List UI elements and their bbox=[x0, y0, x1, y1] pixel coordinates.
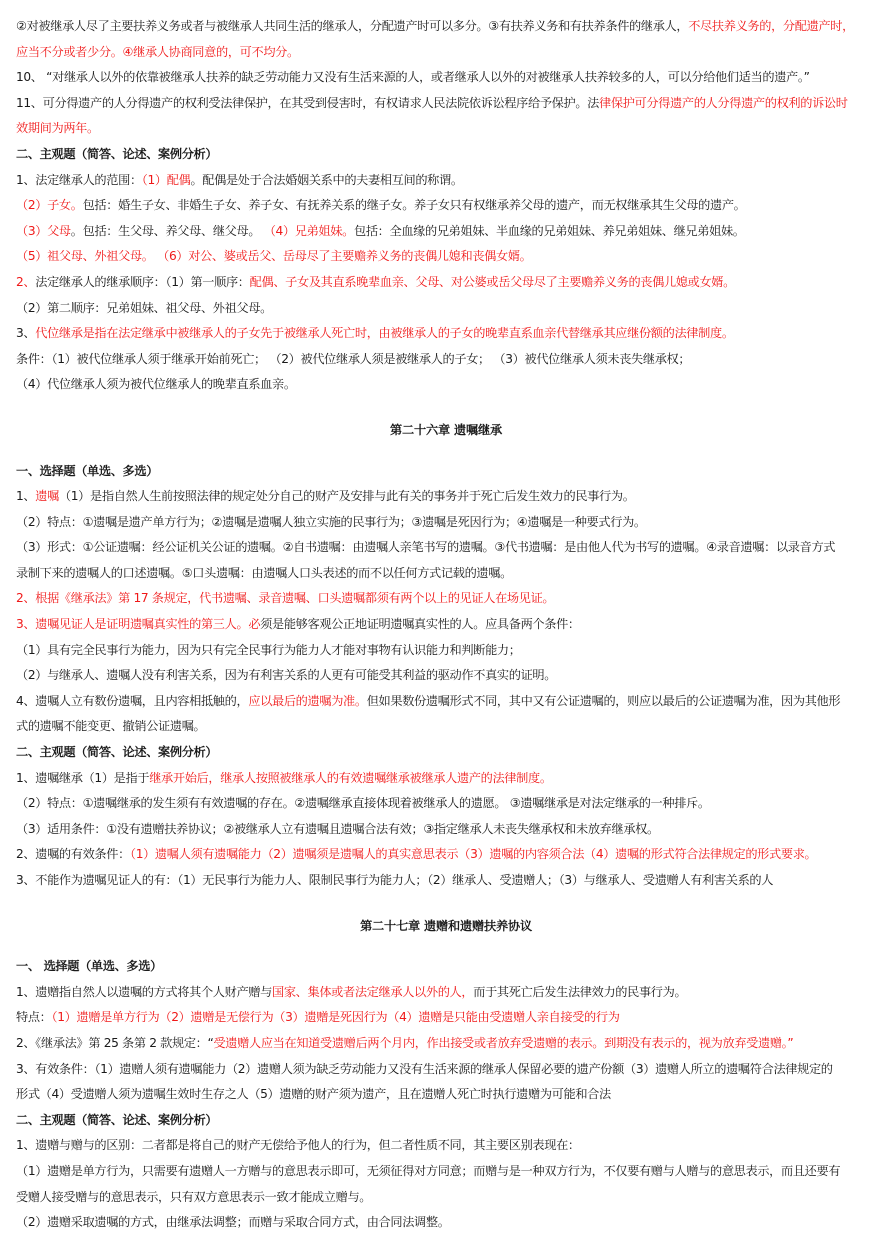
text-segment: （1）是指自然人生前按照法律的规定处分自己的财产及安排与此有关的事务并于死亡后发… bbox=[59, 489, 635, 503]
text-segment: 3、 bbox=[16, 326, 35, 340]
text-line: ②对被继承人尽了主要扶养义务或者与被继承人共同生活的继承人，分配遗产时可以多分。… bbox=[16, 14, 876, 40]
text-line: （2）与继承人、遗嘱人没有利害关系，因为有利害关系的人更有可能受其利益的驱动作不… bbox=[16, 663, 876, 689]
text-segment: （1）遗赠是单方行为，只需要有遗赠人一方赠与的意思表示即可，无须征得对方同意；而… bbox=[16, 1164, 840, 1178]
text-segment: 。配偶是处于合法婚姻关系中的夫妻相互间的称谓。 bbox=[190, 173, 462, 187]
text-segment: 条件：（1）被代位继承人须于继承开始前死亡； （2）被代位继承人须是被继承人的子… bbox=[16, 352, 690, 366]
section-heading: 一、选择题（单选、多选） bbox=[16, 459, 876, 485]
text-line: 效期间为两年。 bbox=[16, 116, 876, 142]
highlighted-text: 不尽扶养义务的，分配遗产时， bbox=[688, 19, 854, 33]
text-line: 4、遗嘱人立有数份遗嘱，且内容相抵触的，应以最后的遗嘱为准。但如果数份遗嘱形式不… bbox=[16, 689, 876, 715]
text-segment: 1、遗赠与赠与的区别：二者都是将自己的财产无偿给予他人的行为，但二者性质不同，其… bbox=[16, 1138, 580, 1152]
text-line: 受赠人接受赠与的意思表示，只有双方意思表示一致才能成立赠与。 bbox=[16, 1185, 876, 1211]
highlighted-text: （4）兄弟姐妹。 bbox=[264, 224, 354, 238]
chapter-title-27: 第二十七章 遗赠和遗赠扶养协议 bbox=[16, 914, 876, 940]
text-line: 1、遗赠指自然人以遗嘱的方式将其个人财产赠与国家、集体或者法定继承人以外的人，而… bbox=[16, 980, 876, 1006]
highlighted-text: （3）父母 bbox=[16, 224, 71, 238]
text-segment: 二、主观题（简答、论述、案例分析） bbox=[16, 745, 217, 759]
text-segment: （4）代位继承人须为被代位继承人的晚辈直系血亲。 bbox=[16, 377, 296, 391]
highlighted-text: 效期间为两年。 bbox=[16, 121, 99, 135]
text-line: （1）具有完全民事行为能力，因为只有完全民事行为能力人才能对事物有认识能力和判断… bbox=[16, 638, 876, 664]
text-segment: （1）具有完全民事行为能力，因为只有完全民事行为能力人才能对事物有认识能力和判断… bbox=[16, 643, 521, 657]
text-line: （4）代位继承人须为被代位继承人的晚辈直系血亲。 bbox=[16, 372, 876, 398]
highlighted-text: 2、根据《继承法》第 17 条规定，代书遗嘱、录音遗嘱、口头遗嘱都须有两个以上的… bbox=[16, 591, 554, 605]
text-line: （2）第二顺序：兄弟姐妹、祖父母、外祖父母。 bbox=[16, 296, 876, 322]
text-segment: 。包括：生父母、养父母、继父母。 bbox=[71, 224, 264, 238]
text-segment: 式的遗嘱不能变更、撤销公证遗嘱。 bbox=[16, 719, 205, 733]
text-segment: （2）与继承人、遗嘱人没有利害关系，因为有利害关系的人更有可能受其利益的驱动作不… bbox=[16, 668, 556, 682]
section-heading: 一、 选择题（单选、多选） bbox=[16, 954, 876, 980]
highlighted-text: 继承开始后，继承人按照被继承人的有效遗嘱继承被继承人遗产的法律制度。 bbox=[149, 771, 551, 785]
text-segment: 包括：婚生子女、非婚生子女、养子女、有抚养关系的继子女。养子女只有权继承养父母的… bbox=[83, 198, 746, 212]
text-line: 条件：（1）被代位继承人须于继承开始前死亡； （2）被代位继承人须是被继承人的子… bbox=[16, 347, 876, 373]
text-segment: （2）遗赠采取遗嘱的方式，由继承法调整；而赠与采取合同方式，由合同法调整。 bbox=[16, 1215, 450, 1229]
section-testamentary-succession: 一、选择题（单选、多选）1、遗嘱（1）是指自然人生前按照法律的规定处分自己的财产… bbox=[16, 459, 876, 894]
text-segment: 须是能够客观公正地证明遗嘱真实性的人。应具备两个条件： bbox=[260, 617, 580, 631]
text-line: 式的遗嘱不能变更、撤销公证遗嘱。 bbox=[16, 714, 876, 740]
highlighted-text: （2）子女。 bbox=[16, 198, 83, 212]
text-segment: 11、可分得遗产的人分得遗产的权利受法律保护，在其受到侵害时，有权请求人民法院依… bbox=[16, 96, 599, 110]
text-line: （3）父母。包括：生父母、养父母、继父母。 （4）兄弟姐妹。包括：全血缘的兄弟姐… bbox=[16, 219, 876, 245]
text-segment: 法定继承人的继承顺序：（1）第一顺序： bbox=[35, 275, 249, 289]
spacer bbox=[16, 894, 876, 914]
text-segment: 一、选择题（单选、多选） bbox=[16, 464, 158, 478]
text-segment: 二、主观题（简答、论述、案例分析） bbox=[16, 147, 217, 161]
text-segment: 而于其死亡后发生法律效力的民事行为。 bbox=[473, 985, 686, 999]
section-statutory-inheritance: ②对被继承人尽了主要扶养义务或者与被继承人共同生活的继承人，分配遗产时可以多分。… bbox=[16, 14, 876, 398]
text-segment: 3、不能作为遗嘱见证人的有：（1）无民事行为能力人、限制民事行为能力人；（2）继… bbox=[16, 873, 773, 887]
text-line: 2、《继承法》第 25 条第 2 款规定：“受遗赠人应当在知道受遗赠后两个月内，… bbox=[16, 1031, 876, 1057]
text-line: 3、代位继承是指在法定继承中被继承人的子女先于被继承人死亡时，由被继承人的子女的… bbox=[16, 321, 876, 347]
text-segment: 形式（4）受遗赠人须为遗嘱生效时生存之人（5）遗赠的财产须为遗产，且在遗赠人死亡… bbox=[16, 1087, 611, 1101]
text-segment: 2、遗嘱的有效条件： bbox=[16, 847, 130, 861]
highlighted-text: 代位继承是指在法定继承中被继承人的子女先于被继承人死亡时，由被继承人的子女的晚辈… bbox=[35, 326, 733, 340]
highlighted-text: （1）配偶 bbox=[142, 173, 191, 187]
text-line: 1、遗嘱继承（1）是指于继承开始后，继承人按照被继承人的有效遗嘱继承被继承人遗产… bbox=[16, 766, 876, 792]
text-segment: 1、 bbox=[16, 489, 35, 503]
text-line: 2、法定继承人的继承顺序：（1）第一顺序：配偶、子女及其直系晚辈血亲、父母、对公… bbox=[16, 270, 876, 296]
section-heading: 二、主观题（简答、论述、案例分析） bbox=[16, 740, 876, 766]
text-line: 1、法定继承人的范围：（1）配偶。配偶是处于合法婚姻关系中的夫妻相互间的称谓。 bbox=[16, 168, 876, 194]
text-line: （2）遗赠采取遗嘱的方式，由继承法调整；而赠与采取合同方式，由合同法调整。 bbox=[16, 1210, 876, 1236]
text-segment: 受赠人接受赠与的意思表示，只有双方意思表示一致才能成立赠与。 bbox=[16, 1190, 371, 1204]
highlighted-text: 受遗赠人应当在知道受遗赠后两个月内，作出接受或者放弃受遗赠的表示。到期没有表示的… bbox=[213, 1036, 793, 1050]
section-bequest: 一、 选择题（单选、多选）1、遗赠指自然人以遗嘱的方式将其个人财产赠与国家、集体… bbox=[16, 954, 876, 1236]
highlighted-text: 配偶、子女及其直系晚辈血亲、父母、对公婆或岳父母尽了主要赡养义务的丧偶儿媳或女婿… bbox=[250, 275, 735, 289]
text-segment: 2、《继承法》第 25 条第 2 款规定：“ bbox=[16, 1036, 213, 1050]
text-segment: （3）适用条件：①没有遗赠扶养协议；②被继承人立有遗嘱且遗嘱合法有效；③指定继承… bbox=[16, 822, 659, 836]
highlighted-text: （1）遗赠是单方行为（2）遗赠是无偿行为（3）遗赠是死因行为（4）遗赠是只能由受… bbox=[52, 1010, 620, 1024]
highlighted-text: 国家、集体或者法定继承人以外的人， bbox=[272, 985, 473, 999]
text-line: 3、遗嘱见证人是证明遗嘱真实性的第三人。必须是能够客观公正地证明遗嘱真实性的人。… bbox=[16, 612, 876, 638]
text-segment: （2）特点：①遗嘱是遗产单方行为；②遗嘱是遗嘱人独立实施的民事行为；③遗嘱是死因… bbox=[16, 515, 646, 529]
text-segment: ②对被继承人尽了主要扶养义务或者与被继承人共同生活的继承人，分配遗产时可以多分。… bbox=[16, 19, 688, 33]
text-line: 应当不分或者少分。④继承人协商同意的，可不均分。 bbox=[16, 40, 876, 66]
text-segment: 包括：全血缘的兄弟姐妹、半血缘的兄弟姐妹、养兄弟姐妹、继兄弟姐妹。 bbox=[354, 224, 745, 238]
highlighted-text: 遗嘱 bbox=[35, 489, 59, 503]
text-line: 2、根据《继承法》第 17 条规定，代书遗嘱、录音遗嘱、口头遗嘱都须有两个以上的… bbox=[16, 586, 876, 612]
text-segment: （3）形式：①公证遗嘱：经公证机关公证的遗嘱。②自书遗嘱：由遗嘱人亲笔书写的遗嘱… bbox=[16, 540, 835, 554]
text-segment: 10、 “对继承人以外的依靠被继承人扶养的缺乏劳动能力又没有生活来源的人，或者继… bbox=[16, 70, 810, 84]
text-line: 3、有效条件：（1）遗赠人须有遗嘱能力（2）遗赠人须为缺乏劳动能力又没有生活来源… bbox=[16, 1057, 876, 1083]
text-segment: 4、遗嘱人立有数份遗嘱，且内容相抵触的， bbox=[16, 694, 248, 708]
text-line: （2）特点：①遗嘱继承的发生须有有效遗嘱的存在。②遗嘱继承直接体现着被继承人的遗… bbox=[16, 791, 876, 817]
text-line: 特点：（1）遗赠是单方行为（2）遗赠是无偿行为（3）遗赠是死因行为（4）遗赠是只… bbox=[16, 1005, 876, 1031]
text-line: 形式（4）受遗赠人须为遗嘱生效时生存之人（5）遗赠的财产须为遗产，且在遗赠人死亡… bbox=[16, 1082, 876, 1108]
highlighted-text: 3、遗嘱见证人是证明遗嘱真实性的第三人。必 bbox=[16, 617, 260, 631]
text-line: 录制下来的遗嘱人的口述遗嘱。⑤口头遗嘱：由遗嘱人口头表述的而不以任何方式记载的遗… bbox=[16, 561, 876, 587]
text-line: （5）祖父母、外祖父母。 （6）对公、婆或岳父、岳母尽了主要赡养义务的丧偶儿媳和… bbox=[16, 244, 876, 270]
highlighted-text: （5）祖父母、外祖父母。 （6）对公、婆或岳父、岳母尽了主要赡养义务的丧偶儿媳和… bbox=[16, 249, 532, 263]
chapter-title-26: 第二十六章 遗嘱继承 bbox=[16, 418, 876, 444]
highlighted-text: 2、 bbox=[16, 275, 35, 289]
section-heading: 二、主观题（简答、论述、案例分析） bbox=[16, 142, 876, 168]
spacer bbox=[16, 444, 876, 459]
text-line: 3、不能作为遗嘱见证人的有：（1）无民事行为能力人、限制民事行为能力人；（2）继… bbox=[16, 868, 876, 894]
text-segment: 但如果数份遗嘱形式不同，其中又有公证遗嘱的，则应以最后的公证遗嘱为准，因为其他形 bbox=[367, 694, 841, 708]
text-line: 11、可分得遗产的人分得遗产的权利受法律保护，在其受到侵害时，有权请求人民法院依… bbox=[16, 91, 876, 117]
text-segment: （2）第二顺序：兄弟姐妹、祖父母、外祖父母。 bbox=[16, 301, 272, 315]
text-line: （3）适用条件：①没有遗赠扶养协议；②被继承人立有遗嘱且遗嘱合法有效；③指定继承… bbox=[16, 817, 876, 843]
text-segment: 1、法定继承人的范围： bbox=[16, 173, 142, 187]
text-line: （3）形式：①公证遗嘱：经公证机关公证的遗嘱。②自书遗嘱：由遗嘱人亲笔书写的遗嘱… bbox=[16, 535, 876, 561]
text-line: （2）子女。包括：婚生子女、非婚生子女、养子女、有抚养关系的继子女。养子女只有权… bbox=[16, 193, 876, 219]
highlighted-text: 应当不分或者少分。④继承人协商同意的，可不均分。 bbox=[16, 45, 299, 59]
text-line: 1、遗嘱（1）是指自然人生前按照法律的规定处分自己的财产及安排与此有关的事务并于… bbox=[16, 484, 876, 510]
highlighted-text: 律保护可分得遗产的人分得遗产的权利的诉讼时 bbox=[599, 96, 848, 110]
section-heading: 二、主观题（简答、论述、案例分析） bbox=[16, 1108, 876, 1134]
highlighted-text: （1）遗嘱人须有遗嘱能力（2）遗嘱须是遗嘱人的真实意思表示（3）遗嘱的内容须合法… bbox=[130, 847, 816, 861]
text-segment: 1、遗嘱继承（1）是指于 bbox=[16, 771, 149, 785]
text-line: 10、 “对继承人以外的依靠被继承人扶养的缺乏劳动能力又没有生活来源的人，或者继… bbox=[16, 65, 876, 91]
text-segment: 3、有效条件：（1）遗赠人须有遗嘱能力（2）遗赠人须为缺乏劳动能力又没有生活来源… bbox=[16, 1062, 833, 1076]
text-segment: （2）特点：①遗嘱继承的发生须有有效遗嘱的存在。②遗嘱继承直接体现着被继承人的遗… bbox=[16, 796, 710, 810]
text-line: （1）遗赠是单方行为，只需要有遗赠人一方赠与的意思表示即可，无须征得对方同意；而… bbox=[16, 1159, 876, 1185]
highlighted-text: 应以最后的遗嘱为准。 bbox=[248, 694, 366, 708]
text-line: （2）特点：①遗嘱是遗产单方行为；②遗嘱是遗嘱人独立实施的民事行为；③遗嘱是死因… bbox=[16, 510, 876, 536]
text-segment: 1、遗赠指自然人以遗嘱的方式将其个人财产赠与 bbox=[16, 985, 272, 999]
spacer bbox=[16, 398, 876, 418]
text-line: 2、遗嘱的有效条件：（1）遗嘱人须有遗嘱能力（2）遗嘱须是遗嘱人的真实意思表示（… bbox=[16, 842, 876, 868]
text-segment: 一、 选择题（单选、多选） bbox=[16, 959, 162, 973]
text-segment: 二、主观题（简答、论述、案例分析） bbox=[16, 1113, 217, 1127]
document-page: ②对被继承人尽了主要扶养义务或者与被继承人共同生活的继承人，分配遗产时可以多分。… bbox=[16, 14, 876, 1236]
text-segment: 特点： bbox=[16, 1010, 52, 1024]
spacer bbox=[16, 939, 876, 954]
text-line: 1、遗赠与赠与的区别：二者都是将自己的财产无偿给予他人的行为，但二者性质不同，其… bbox=[16, 1133, 876, 1159]
text-segment: 录制下来的遗嘱人的口述遗嘱。⑤口头遗嘱：由遗嘱人口头表述的而不以任何方式记载的遗… bbox=[16, 566, 512, 580]
